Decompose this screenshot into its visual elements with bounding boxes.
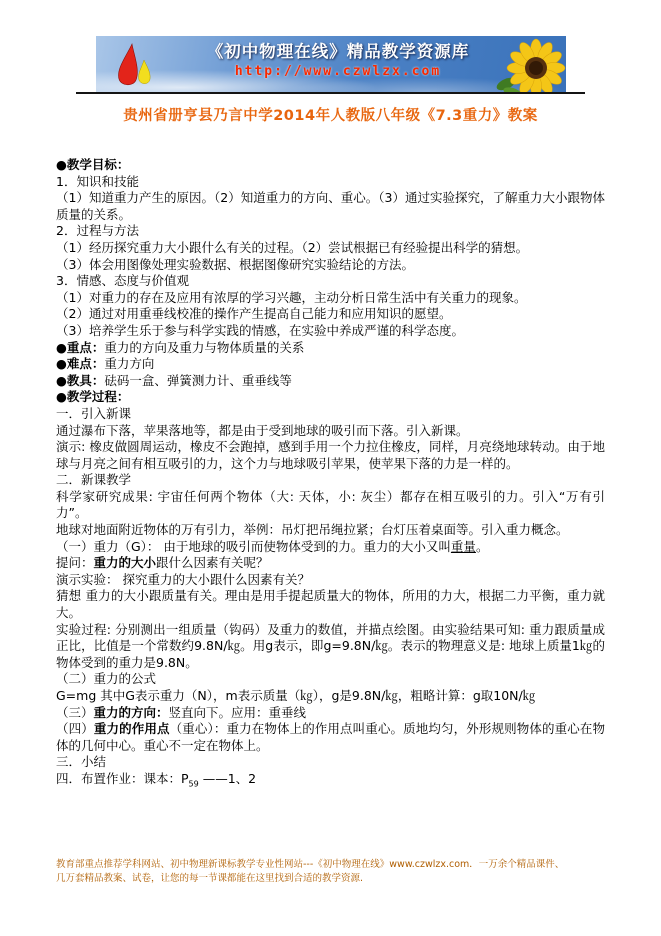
text-run: （三） bbox=[56, 705, 94, 720]
footer-line-1: 教育部重点推荐学科网站、初中物理新课标教学专业性网站---《初中物理在线》www… bbox=[56, 858, 617, 872]
paragraph: 三．小结 bbox=[56, 754, 605, 771]
text-run: 重力方向 bbox=[104, 356, 154, 371]
text-run: ——1、2 bbox=[199, 771, 256, 786]
text-run: 3．情感、态度与价值观 bbox=[56, 273, 189, 288]
paragraph: 提问：重力的大小跟什么因素有关呢？ bbox=[56, 555, 605, 572]
paragraph: G=mg 其中G表示重力（N），m表示质量（㎏），g是9.8N/㎏，粗略计算：g… bbox=[56, 688, 605, 705]
text-run: （3）体会用图像处理实验数据、根据图像研究实验结论的方法。 bbox=[56, 257, 414, 272]
document-page: 《初中物理在线》精品教学资源库 http://www.czwlzx.com bbox=[0, 0, 661, 936]
paragraph: （1）知道重力产生的原因。（2）知道重力的方向、重心。（3）通过实验探究，了解重… bbox=[56, 190, 605, 223]
header-divider bbox=[76, 92, 585, 94]
page-footer: 教育部重点推荐学科网站、初中物理新课标教学专业性网站---《初中物理在线》www… bbox=[56, 858, 617, 885]
text-run: 重力的大小 bbox=[94, 555, 157, 570]
text-run: （1）对重力的存在及应用有浓厚的学习兴趣，主动分析日常生活中有关重力的现象。 bbox=[56, 290, 526, 305]
paragraph: ●难点：重力方向 bbox=[56, 356, 605, 373]
text-run: （1）经历探究重力大小跟什么有关的过程。（2）尝试根据已有经验提出科学的猜想。 bbox=[56, 240, 528, 255]
banner-site-name: 《初中物理在线》精品教学资源库 bbox=[191, 41, 486, 63]
text-run: 重力的方向： bbox=[94, 705, 169, 720]
text-run: 砝码一盒、弹簧测力计、重垂线等 bbox=[104, 373, 292, 388]
text-run: 提问： bbox=[56, 555, 94, 570]
paragraph: ●教具：砝码一盒、弹簧测力计、重垂线等 bbox=[56, 373, 605, 390]
text-run: 跟什么因素有关呢？ bbox=[156, 555, 269, 570]
paragraph: （1）经历探究重力大小跟什么有关的过程。（2）尝试根据已有经验提出科学的猜想。 bbox=[56, 240, 605, 257]
text-run: 竖直向下。应用：重垂线 bbox=[169, 705, 307, 720]
text-run: G=mg 其中G表示重力（N），m表示质量（㎏），g是9.8N/㎏，粗略计算：g… bbox=[56, 688, 535, 703]
text-run: （3）培养学生乐于参与科学实践的情感，在实验中养成严谨的科学态度。 bbox=[56, 323, 464, 338]
text-run: （一）重力（G）： 由于地球的吸引而使物体受到的力。重力的大小又叫 bbox=[56, 539, 451, 554]
text-run: （1）知道重力产生的原因。（2）知道重力的方向、重心。（3）通过实验探究，了解重… bbox=[56, 190, 605, 222]
paragraph: 四．布置作业：课本：P59 ——1、2 bbox=[56, 771, 605, 788]
text-run: 一．引入新课 bbox=[56, 406, 131, 421]
paragraph: ●教学目标： bbox=[56, 157, 605, 174]
page-title: 贵州省册亨县乃言中学2014年人教版八年级《7.3重力》教案 bbox=[0, 107, 661, 126]
text-run: 演示: 橡皮做圆周运动，橡皮不会跑掉，感到手用一个力拉住橡皮，同样，月亮绕地球转… bbox=[56, 439, 605, 471]
site-logo-icon bbox=[108, 43, 160, 87]
text-run: 演示实验： 探究重力的大小跟什么因素有关？ bbox=[56, 572, 310, 587]
paragraph: 3．情感、态度与价值观 bbox=[56, 273, 605, 290]
text-run: 猜想 重力的大小跟质量有关。理由是用手提起质量大的物体，所用的力大，根据二力平衡… bbox=[56, 588, 605, 620]
text-run: ●重点： bbox=[56, 340, 104, 355]
text-run: ●教学目标： bbox=[56, 157, 129, 172]
paragraph: 2．过程与方法 bbox=[56, 223, 605, 240]
text-run: 2．过程与方法 bbox=[56, 223, 139, 238]
text-run: ●教学过程： bbox=[56, 389, 129, 404]
paragraph: 实验过程: 分别测出一组质量（钩码）及重力的数值，并描点绘图。由实验结果可知: … bbox=[56, 622, 605, 672]
paragraph: 1．知识和技能 bbox=[56, 174, 605, 191]
paragraph: 演示: 橡皮做圆周运动，橡皮不会跑掉，感到手用一个力拉住橡皮，同样，月亮绕地球转… bbox=[56, 439, 605, 472]
text-run: 二．新课教学 bbox=[56, 472, 131, 487]
text-run: ●难点： bbox=[56, 356, 104, 371]
text-run: 59 bbox=[189, 779, 199, 788]
text-run: ●教具： bbox=[56, 373, 104, 388]
site-banner: 《初中物理在线》精品教学资源库 http://www.czwlzx.com bbox=[96, 36, 566, 92]
text-run: 三．小结 bbox=[56, 754, 106, 769]
paragraph: 猜想 重力的大小跟质量有关。理由是用手提起质量大的物体，所用的力大，根据二力平衡… bbox=[56, 588, 605, 621]
sunflower-icon bbox=[496, 36, 566, 92]
paragraph: 通过瀑布下落，苹果落地等，都是由于受到地球的吸引而下落。引入新课。 bbox=[56, 423, 605, 440]
text-run: 重量 bbox=[451, 539, 476, 554]
text-run: （四） bbox=[56, 721, 94, 736]
text-run: 科学家研究成果: 宇宙任何两个物体（大: 天体，小: 灰尘）都存在相互吸引的力。… bbox=[56, 489, 605, 521]
paragraph: （3）体会用图像处理实验数据、根据图像研究实验结论的方法。 bbox=[56, 257, 605, 274]
banner-site-url: http://www.czwlzx.com bbox=[191, 63, 486, 80]
paragraph: （二）重力的公式 bbox=[56, 671, 605, 688]
paragraph: （四）重力的作用点（重心）：重力在物体上的作用点叫重心。质地均匀，外形规则物体的… bbox=[56, 721, 605, 754]
paragraph: （一）重力（G）： 由于地球的吸引而使物体受到的力。重力的大小又叫重量。 bbox=[56, 539, 605, 556]
text-run: 。 bbox=[476, 539, 489, 554]
paragraph: ●重点：重力的方向及重力与物体质量的关系 bbox=[56, 340, 605, 357]
paragraph: 二．新课教学 bbox=[56, 472, 605, 489]
paragraph: （三）重力的方向：竖直向下。应用：重垂线 bbox=[56, 705, 605, 722]
text-run: 四．布置作业：课本：P bbox=[56, 771, 189, 786]
text-run: （二）重力的公式 bbox=[56, 671, 156, 686]
paragraph: （2）通过对用重垂线校准的操作产生提高自己能力和应用知识的愿望。 bbox=[56, 306, 605, 323]
text-run: 实验过程: 分别测出一组质量（钩码）及重力的数值，并描点绘图。由实验结果可知: … bbox=[56, 622, 605, 670]
paragraph: （1）对重力的存在及应用有浓厚的学习兴趣，主动分析日常生活中有关重力的现象。 bbox=[56, 290, 605, 307]
text-run: 重力的方向及重力与物体质量的关系 bbox=[104, 340, 304, 355]
text-run: 重力的作用点 bbox=[94, 721, 170, 736]
text-run: 1．知识和技能 bbox=[56, 174, 139, 189]
text-run: 通过瀑布下落，苹果落地等，都是由于受到地球的吸引而下落。引入新课。 bbox=[56, 423, 469, 438]
paragraph: 科学家研究成果: 宇宙任何两个物体（大: 天体，小: 灰尘）都存在相互吸引的力。… bbox=[56, 489, 605, 522]
document-body: ●教学目标：1．知识和技能（1）知道重力产生的原因。（2）知道重力的方向、重心。… bbox=[56, 157, 605, 788]
footer-line-2: 几万套精品教案、试卷，让您的每一节课都能在这里找到合适的教学资源. bbox=[56, 872, 617, 886]
paragraph: 演示实验： 探究重力的大小跟什么因素有关？ bbox=[56, 572, 605, 589]
text-run: 地球对地面附近物体的万有引力，举例：吊灯把吊绳拉紧；台灯压着桌面等。引入重力概念… bbox=[56, 522, 569, 537]
paragraph: 一．引入新课 bbox=[56, 406, 605, 423]
paragraph: ●教学过程： bbox=[56, 389, 605, 406]
paragraph: 地球对地面附近物体的万有引力，举例：吊灯把吊绳拉紧；台灯压着桌面等。引入重力概念… bbox=[56, 522, 605, 539]
text-run: （2）通过对用重垂线校准的操作产生提高自己能力和应用知识的愿望。 bbox=[56, 306, 451, 321]
paragraph: （3）培养学生乐于参与科学实践的情感，在实验中养成严谨的科学态度。 bbox=[56, 323, 605, 340]
